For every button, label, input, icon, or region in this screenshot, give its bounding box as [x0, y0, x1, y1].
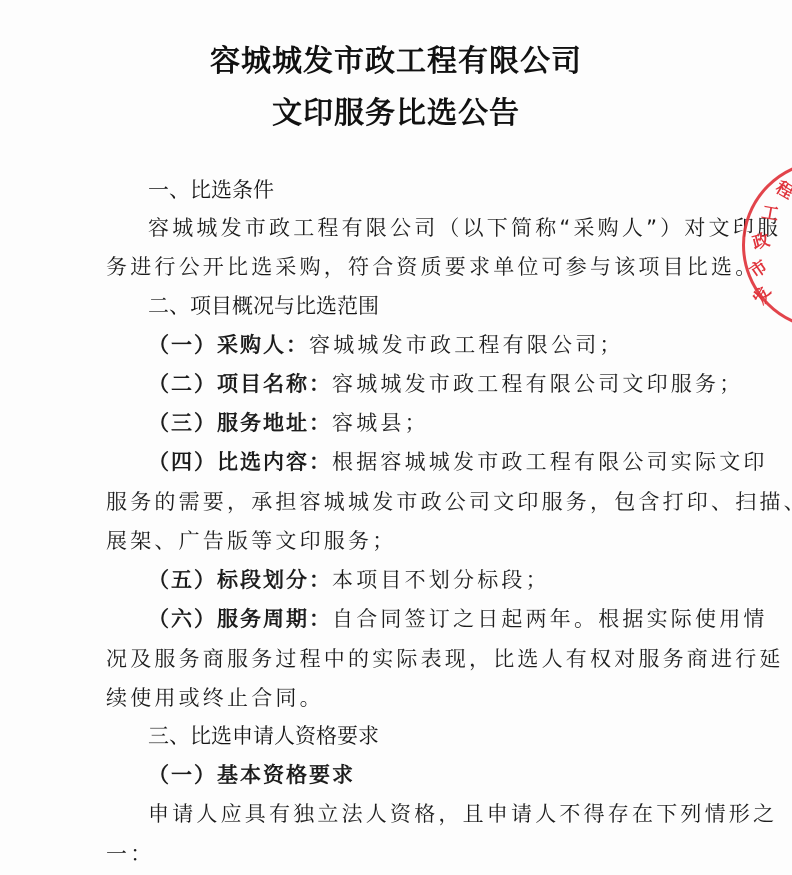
item-selection-content-cont-2: 展架、广告版等文印服务；	[106, 527, 396, 555]
section-3-paragraph-line-1: 申请人应具有独立法人资格，且申请人不得存在下列情形之	[148, 800, 777, 828]
item-lot-division-label: （五）标段划分：	[148, 568, 332, 592]
section-3-subheading: （一）基本资格要求	[148, 761, 355, 789]
item-purchaser: （一）采购人：容城城发市政工程有限公司；	[148, 331, 624, 359]
item-lot-division-value: 本项目不划分标段；	[332, 568, 550, 592]
document-page: 容城城发市政工程有限公司 文印服务比选公告 一、比选条件 容城城发市政工程有限公…	[0, 0, 792, 875]
document-title-notice: 文印服务比选公告	[0, 88, 792, 132]
section-3-heading: 三、比选申请人资格要求	[148, 722, 379, 750]
item-selection-content-cont-1: 服务的需要，承担容城城发市政公司文印服务，包含打印、扫描、	[106, 488, 792, 516]
item-purchaser-label: （一）采购人：	[148, 333, 309, 357]
item-service-period: （六）服务周期：自合同签订之日起两年。根据实际使用情	[148, 605, 768, 633]
item-selection-content-value: 根据容城城发市政工程有限公司实际文印	[332, 450, 768, 474]
item-service-period-cont-1: 况及服务商服务过程中的实际表现，比选人有权对服务商进行延	[106, 645, 784, 673]
item-project-name: （二）项目名称：容城城发市政工程有限公司文印服务；	[148, 370, 743, 398]
item-project-name-label: （二）项目名称：	[148, 372, 332, 396]
item-project-name-value: 容城城发市政工程有限公司文印服务；	[332, 372, 743, 396]
section-1-heading: 一、比选条件	[148, 176, 274, 204]
item-service-address-value: 容城县；	[332, 411, 429, 435]
item-selection-content: （四）比选内容：根据容城城发市政工程有限公司实际文印	[148, 448, 768, 476]
section-1-paragraph-line-2: 务进行公开比选采购，符合资质要求单位可参与该项目比选。	[106, 253, 759, 281]
item-service-address-label: （三）服务地址：	[148, 411, 332, 435]
section-3-paragraph-line-2: 一：	[106, 840, 154, 868]
item-lot-division: （五）标段划分：本项目不划分标段；	[148, 566, 550, 594]
section-2-heading: 二、项目概况与比选范围	[148, 292, 379, 320]
item-service-period-label: （六）服务周期：	[148, 607, 332, 631]
item-selection-content-label: （四）比选内容：	[148, 450, 332, 474]
item-purchaser-value: 容城城发市政工程有限公司；	[309, 333, 624, 357]
document-title-company: 容城城发市政工程有限公司	[0, 36, 792, 80]
section-1-paragraph-line-1: 容城城发市政工程有限公司（以下简称“采购人”）对文印服	[148, 214, 781, 242]
item-service-period-value: 自合同签订之日起两年。根据实际使用情	[332, 607, 768, 631]
item-service-address: （三）服务地址：容城县；	[148, 409, 429, 437]
item-service-period-cont-2: 续使用或终止合同。	[106, 684, 324, 712]
